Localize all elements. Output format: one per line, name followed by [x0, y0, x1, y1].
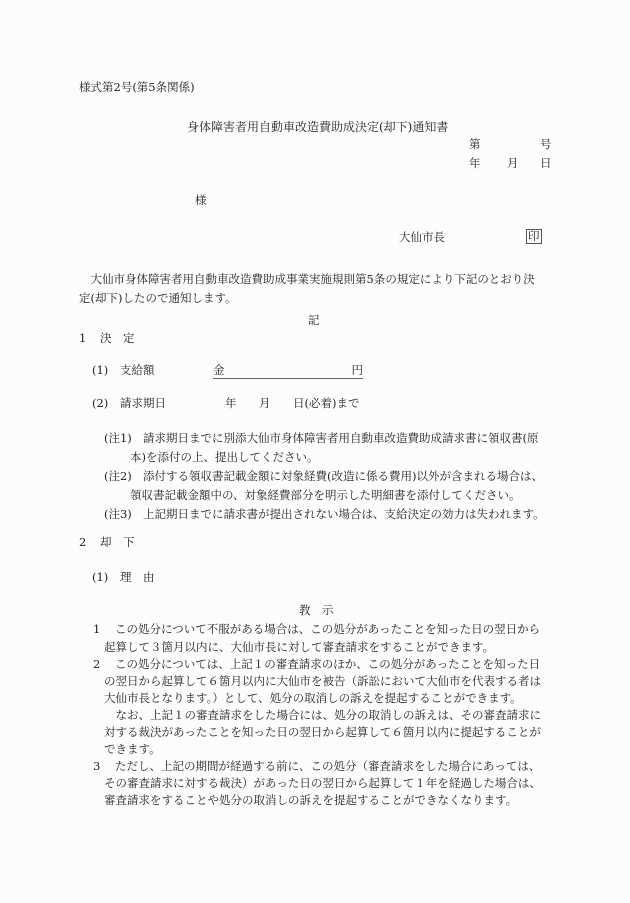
item-reason-label: 理 由: [120, 570, 155, 584]
form-label: 様式第2号(第5条関係): [79, 80, 195, 94]
payment-amount-field: 金 円: [213, 363, 363, 379]
note1-label: (注1): [104, 431, 132, 445]
instruction-3-number: 3: [93, 759, 100, 773]
issuer-name: 大仙市長: [399, 230, 445, 244]
note3-line: 上記期日までに請求書が提出されない場合は、支給決定の効力は失われます。: [143, 507, 545, 521]
item-deadline-label: 請求期日: [120, 396, 166, 410]
item-payment-number: (1): [92, 363, 108, 377]
instruction-2b-line: なお、上記１の審査請求をした場合には、処分の取消しの訴えは、その審査請求に: [104, 708, 541, 722]
intro-line: 定(却下)したので通知します。: [79, 289, 535, 308]
instruction-2b-line: 対する裁決があったことを知った日の翌日から起算して６箇月以内に提起することが: [104, 725, 541, 739]
intro-line: 大仙市身体障害者用自動車改造費助成事業実施規則第5条の規定により下記のとおり決: [79, 270, 535, 289]
date-day: 日: [540, 156, 552, 170]
instruction-title: 教 示: [299, 603, 334, 617]
seal-box: 印: [526, 229, 542, 244]
instruction-2-line: 大仙市長となります。）として、処分の取消しの訴えを提起することができます。: [104, 691, 522, 705]
instruction-3-line: 審査請求をすることや処分の取消しの訴えを提起することができなくなります。: [104, 793, 517, 807]
instruction-3-line: その審査請求に対する裁決）があった日の翌日から起算して１年を経過した場合は、: [104, 776, 541, 790]
note3-label: (注3): [104, 507, 132, 521]
note2-label: (注2): [104, 469, 132, 483]
ki-heading: 記: [308, 313, 320, 327]
item-reason-number: (1): [92, 570, 108, 584]
addressee-suffix: 様: [195, 193, 207, 207]
instruction-1-number: 1: [93, 622, 100, 636]
section1-number: 1: [79, 331, 86, 345]
deadline-year: 年: [225, 396, 237, 410]
seal-mark: 印: [526, 229, 542, 244]
number-suffix: 号: [540, 137, 552, 151]
payment-amount-prefix: 金: [213, 363, 225, 377]
document-title: 身体障害者用自動車改造費助成決定(却下)通知書: [187, 120, 448, 134]
note1-line: 請求期日までに別添大仙市身体障害者用自動車改造費助成請求書に領収書(原: [143, 431, 538, 445]
instruction-2-line: この処分については、上記１の審査請求のほか、この処分があったことを知った日: [115, 657, 540, 671]
item-deadline-number: (2): [92, 396, 108, 410]
note2-line: 添付する領収書記載金額に対象経費(改造に係る費用)以外が含まれる場合は、: [143, 469, 543, 483]
instruction-2b-line: できます。: [104, 742, 161, 756]
instruction-2-number: 2: [93, 657, 100, 671]
intro-paragraph: 大仙市身体障害者用自動車改造費助成事業実施規則第5条の規定により下記のとおり決 …: [79, 270, 535, 308]
instruction-3-line: ただし、上記の期間が経過する前に、この処分（審査請求をした場合にあっては、: [115, 759, 540, 773]
item-payment-label: 支給額: [120, 363, 155, 377]
deadline-month: 月: [259, 396, 271, 410]
note2-line: 領収書記載金額中の、対象経費部分を明示した明細書を添付してください。: [130, 488, 521, 502]
instruction-1-line: この処分について不服がある場合は、この処分があったことを知った日の翌日から: [115, 622, 540, 636]
section2-number: 2: [79, 535, 86, 549]
payment-amount-suffix: 円: [352, 363, 364, 377]
number-prefix: 第: [469, 137, 481, 151]
date-month: 月: [507, 156, 519, 170]
section2-title: 却 下: [100, 535, 135, 549]
section1-heading: 1 決 定: [79, 331, 134, 345]
instruction-2-line: の翌日から起算して６箇月以内に大仙市を被告（訴訟において大仙市を代表する者は: [104, 674, 541, 688]
note1-line: 本)を添付の上、提出してください。: [130, 450, 319, 464]
date-year: 年: [469, 156, 481, 170]
section2-heading: 2 却 下: [79, 535, 134, 549]
deadline-day: 日(必着)まで: [293, 396, 359, 410]
instruction-1-line: 起算して３箇月以内に、大仙市長に対して審査請求をすることができます。: [104, 640, 494, 654]
section1-title: 決 定: [100, 331, 135, 345]
